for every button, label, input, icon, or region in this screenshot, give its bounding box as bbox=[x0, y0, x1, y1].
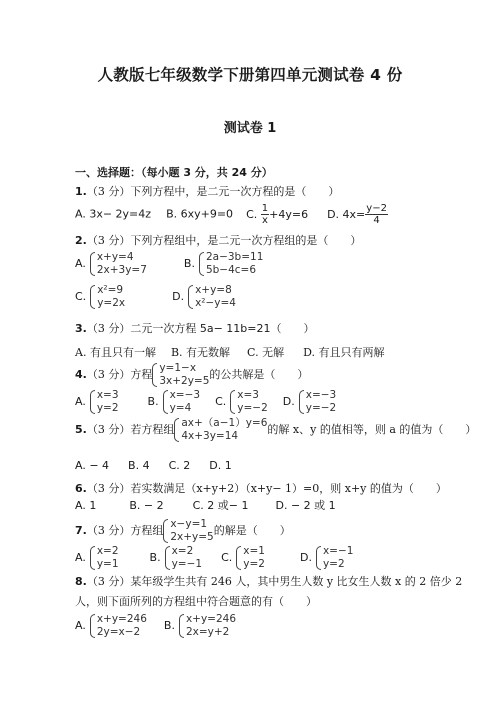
option-a[interactable]: A.x=2y=1 bbox=[75, 551, 119, 564]
question-2-options-row1: A.x+y=42x+3y=7 B.2a−3b=115b−4c=6 bbox=[75, 251, 263, 277]
question-score: （3 分） bbox=[87, 185, 131, 198]
option-a[interactable]: A.x+y=42x+3y=7 bbox=[75, 257, 147, 270]
question-8-stem-line1: 8.（3 分）某年级学生共有 246 人，其中男生人数 y 比女生人数 x 的 … bbox=[75, 575, 462, 589]
question-2-options-row2: C.x²=9y=2x D.x+y=8x²−y=4 bbox=[75, 284, 236, 310]
option-d[interactable]: D. 1 bbox=[209, 459, 231, 472]
question-text: 下列方程中，是二元一次方程的是（ ） bbox=[130, 185, 339, 198]
question-number: 1. bbox=[75, 185, 87, 198]
question-2-stem: 2.（3 分）下列方程组中，是二元一次方程组的是（ ） bbox=[75, 234, 361, 248]
question-4-options: A.x=3y=2 B.x=−3y=4 C.x=3y=−2 D.x=−3y=−2 bbox=[75, 389, 336, 415]
question-7-stem: 7.（3 分）方程组x−y=12x+y=5的解是（ ） bbox=[75, 518, 291, 544]
equation-system: 2a−3b=115b−4c=6 bbox=[199, 251, 263, 277]
option-b[interactable]: B.x=−3y=4 bbox=[148, 395, 201, 408]
fraction: 1x bbox=[261, 203, 269, 226]
option-d[interactable]: D. 有且只有两解 bbox=[303, 346, 384, 359]
equation-system: x²=9y=2x bbox=[90, 284, 125, 310]
option-b[interactable]: B. 有无数解 bbox=[171, 346, 230, 359]
equation-system: x+y=8x²−y=4 bbox=[188, 284, 236, 310]
option-c[interactable]: C. 无解 bbox=[247, 346, 284, 359]
test-subtitle: 测试卷 1 bbox=[0, 117, 500, 136]
option-a[interactable]: A. 有且只有一解 bbox=[75, 346, 156, 359]
option-b[interactable]: B. − 2 bbox=[129, 499, 163, 512]
option-c[interactable]: C.x=1y=2 bbox=[221, 551, 265, 564]
option-d[interactable]: D. 4x=y−24 bbox=[327, 208, 388, 221]
question-score: （3 分） bbox=[87, 234, 131, 247]
option-a[interactable]: A. 3x− 2y=4z bbox=[75, 208, 151, 221]
question-6-options: A. 1 B. − 2 C. 2 或− 1 D. − 2 或 1 bbox=[75, 499, 336, 513]
question-6-stem: 6.（3 分）若实数满足（x+y+2）（x+y− 1）=0，则 x+y 的值为（… bbox=[75, 482, 447, 496]
question-5-stem: 5.（3 分）若方程组ax+（a−1）y=64x+3y=14的解 x、y 的值相… bbox=[75, 417, 476, 443]
question-7-options: A.x=2y=1 B.x=2y=−1 C.x=1y=2 D.x=−1y=2 bbox=[75, 545, 353, 571]
option-c[interactable]: C. 1x+4y=6 bbox=[246, 208, 308, 221]
equation-system: ax+（a−1）y=64x+3y=14 bbox=[174, 417, 267, 443]
question-8-options: A.x+y=2462y=x−2 B.x+y=2462x=y+2 bbox=[75, 613, 236, 639]
option-c[interactable]: C. 2 bbox=[169, 459, 191, 472]
question-text: 下列方程组中，是二元一次方程组的是（ ） bbox=[130, 234, 361, 247]
question-8-stem-line2: 人，则下面所列的方程组中符合题意的有（ ） bbox=[75, 595, 317, 609]
equation-system: x−y=12x+y=5 bbox=[163, 518, 213, 544]
option-a[interactable]: A. 1 bbox=[75, 499, 96, 512]
question-1-stem: 1.（3 分）下列方程中，是二元一次方程的是（ ） bbox=[75, 185, 339, 199]
option-d[interactable]: D.x=−1y=2 bbox=[300, 551, 353, 564]
option-d[interactable]: D. − 2 或 1 bbox=[276, 499, 336, 512]
option-b[interactable]: B.x+y=2462x=y+2 bbox=[164, 619, 236, 632]
option-b[interactable]: B.x=2y=−1 bbox=[150, 551, 203, 564]
document-title: 人教版七年级数学下册第四单元测试卷 4 份 bbox=[0, 63, 500, 85]
question-1-options: A. 3x− 2y=4z B. 6xy+9=0 C. 1x+4y=6 D. 4x… bbox=[75, 203, 388, 226]
option-a[interactable]: A.x+y=2462y=x−2 bbox=[75, 619, 147, 632]
option-b[interactable]: B. 4 bbox=[128, 459, 150, 472]
question-3-options: A. 有且只有一解 B. 有无数解 C. 无解 D. 有且只有两解 bbox=[75, 346, 385, 360]
option-c[interactable]: C.x=3y=−2 bbox=[215, 395, 268, 408]
option-a[interactable]: A.x=3y=2 bbox=[75, 395, 119, 408]
option-a[interactable]: A. − 4 bbox=[75, 459, 109, 472]
option-c[interactable]: C.x²=9y=2x bbox=[75, 290, 125, 303]
question-4-stem: 4.（3 分）方程y=1−x3x+2y=5的公共解是（ ） bbox=[75, 362, 308, 388]
option-d[interactable]: D.x=−3y=−2 bbox=[283, 395, 336, 408]
equation-system: x+y=42x+3y=7 bbox=[90, 251, 147, 277]
option-b[interactable]: B. 6xy+9=0 bbox=[166, 208, 233, 221]
question-number: 2. bbox=[75, 234, 87, 247]
question-5-options: A. − 4 B. 4 C. 2 D. 1 bbox=[75, 459, 232, 473]
option-c[interactable]: C. 2 或− 1 bbox=[193, 499, 249, 512]
fraction: y−24 bbox=[365, 203, 388, 226]
option-b[interactable]: B.2a−3b=115b−4c=6 bbox=[184, 257, 263, 270]
question-3-stem: 3.（3 分）二元一次方程 5a− 11b=21（ ） bbox=[75, 322, 315, 336]
option-d[interactable]: D.x+y=8x²−y=4 bbox=[172, 290, 236, 303]
equation-system: y=1−x3x+2y=5 bbox=[152, 362, 209, 388]
section-header: 一、选择题：（每小题 3 分，共 24 分） bbox=[75, 166, 273, 180]
